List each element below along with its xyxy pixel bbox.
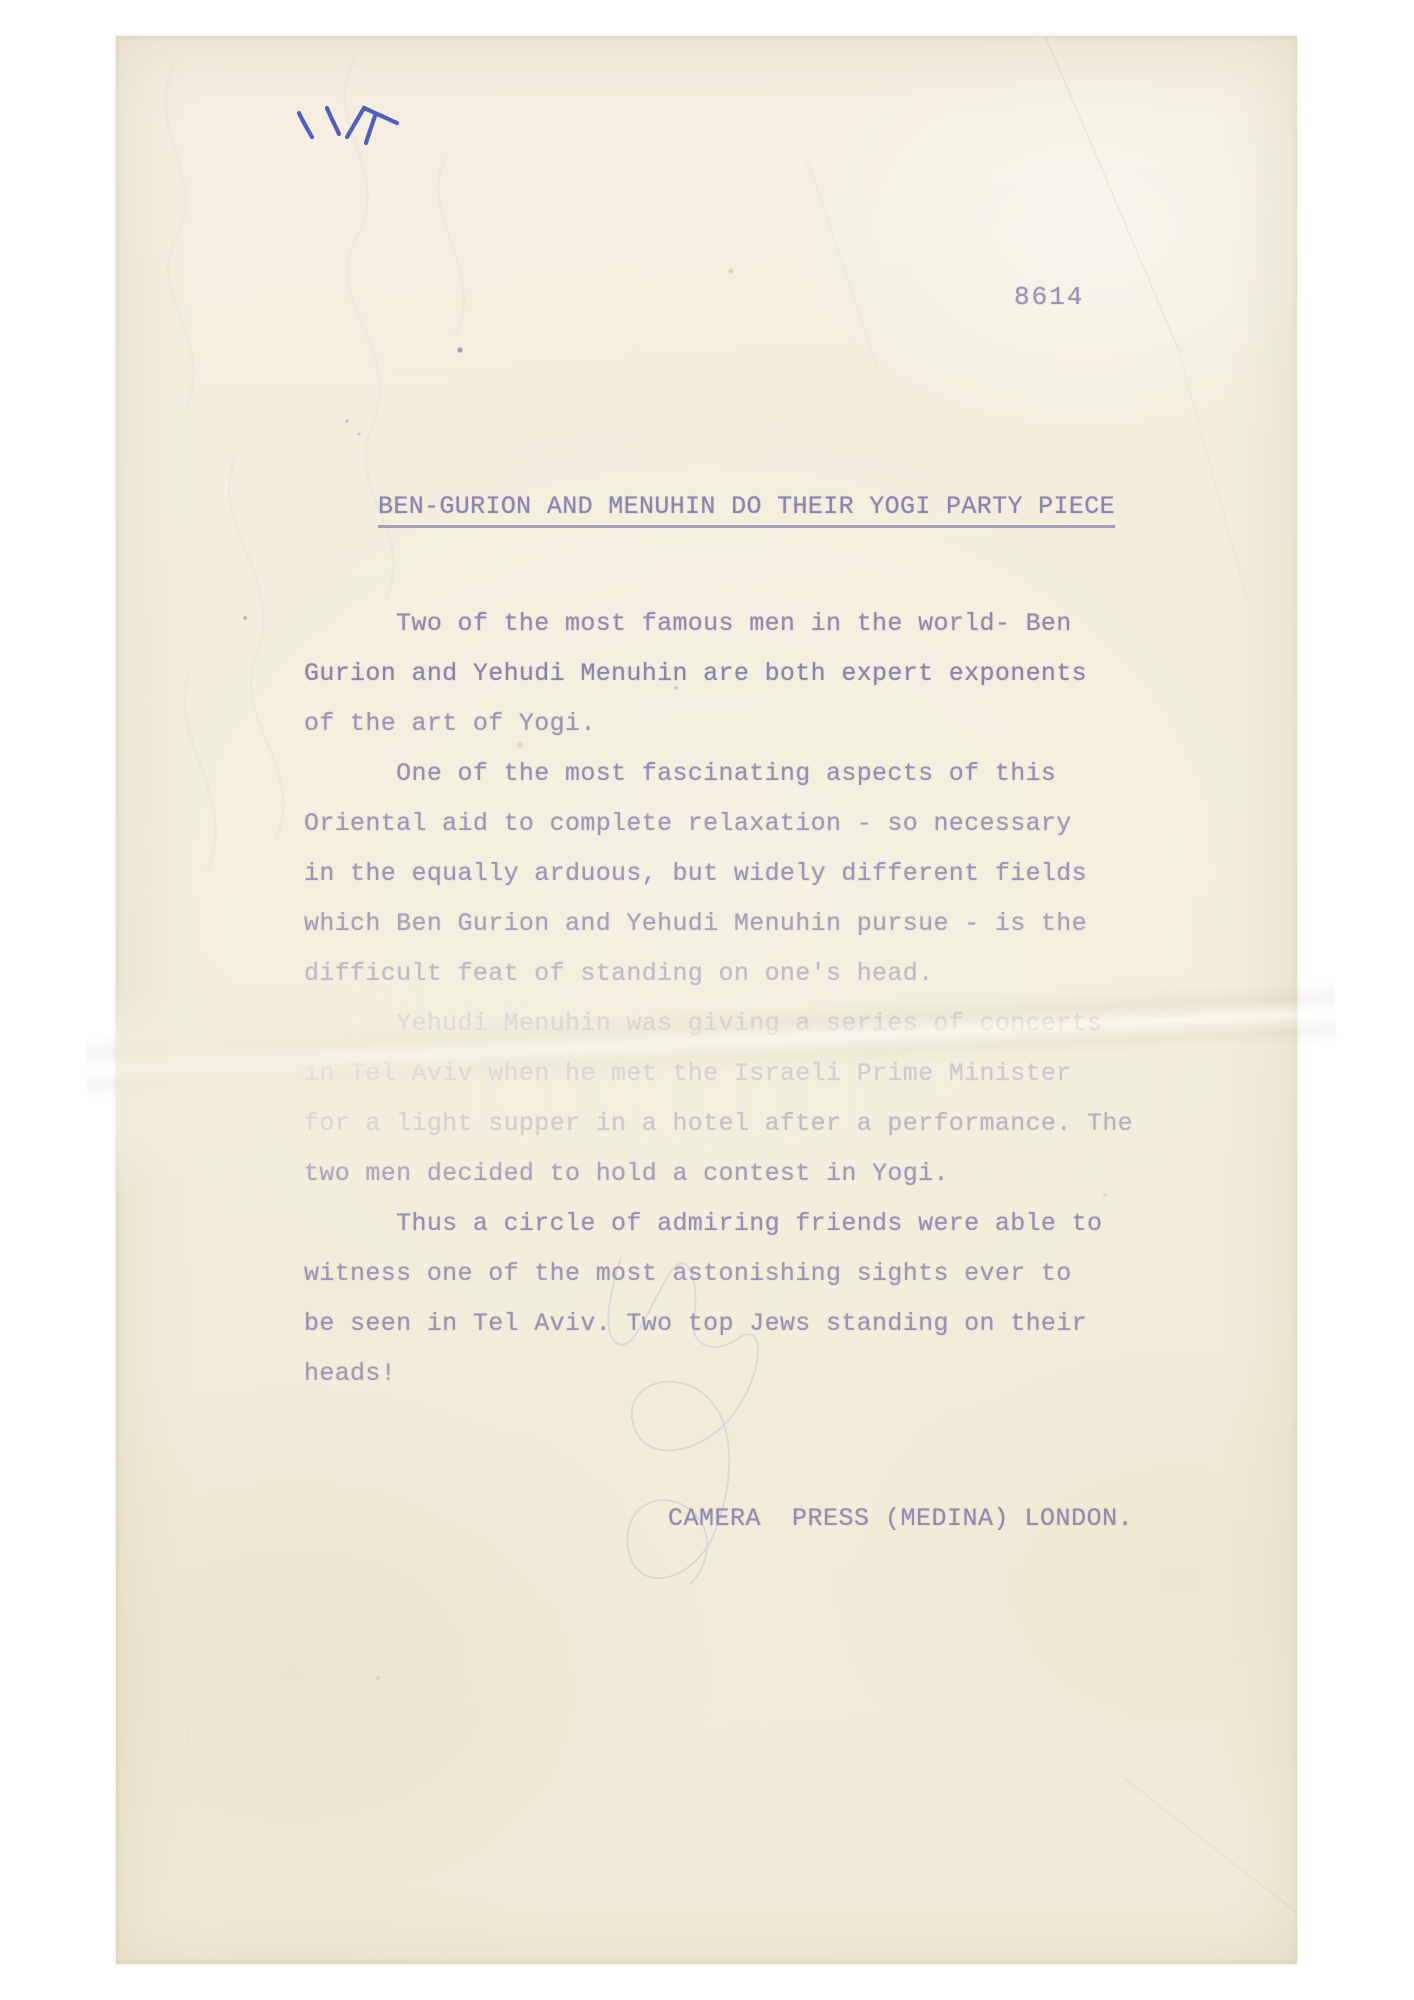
typed-line: of the art of Yogi. — [304, 699, 1164, 749]
typed-line: which Ben Gurion and Yehudi Menuhin purs… — [304, 899, 1164, 949]
scan-background: 8614 BEN-GURION AND MENUHIN DO THEIR YOG… — [0, 0, 1414, 2000]
typed-line: in Tel Aviv when he met the Israeli Prim… — [304, 1049, 1164, 1099]
document-title: BEN-GURION AND MENUHIN DO THEIR YOGI PAR… — [378, 492, 1115, 528]
typed-line: be seen in Tel Aviv. Two top Jews standi… — [304, 1299, 1164, 1349]
credit-line: CAMERA PRESS (MEDINA) LONDON. — [668, 1504, 1133, 1533]
typed-line: in the equally arduous, but widely diffe… — [304, 849, 1164, 899]
typed-line: Two of the most famous men in the world-… — [304, 599, 1164, 649]
typed-line: Oriental aid to complete relaxation - so… — [304, 799, 1164, 849]
typed-line: Gurion and Yehudi Menuhin are both exper… — [304, 649, 1164, 699]
document-page: 8614 BEN-GURION AND MENUHIN DO THEIR YOG… — [116, 36, 1297, 1964]
reference-number: 8614 — [1014, 282, 1084, 312]
typed-line: witness one of the most astonishing sigh… — [304, 1249, 1164, 1299]
typed-body: Two of the most famous men in the world-… — [304, 599, 1164, 1399]
typed-line: One of the most fascinating aspects of t… — [304, 749, 1164, 799]
typed-line: for a light supper in a hotel after a pe… — [304, 1099, 1164, 1149]
typed-line: Thus a circle of admiring friends were a… — [304, 1199, 1164, 1249]
typed-line: two men decided to hold a contest in Yog… — [304, 1149, 1164, 1199]
typed-line: Yehudi Menuhin was giving a series of co… — [304, 999, 1164, 1049]
typed-line: heads! — [304, 1349, 1164, 1399]
typed-line: difficult feat of standing on one's head… — [304, 949, 1164, 999]
